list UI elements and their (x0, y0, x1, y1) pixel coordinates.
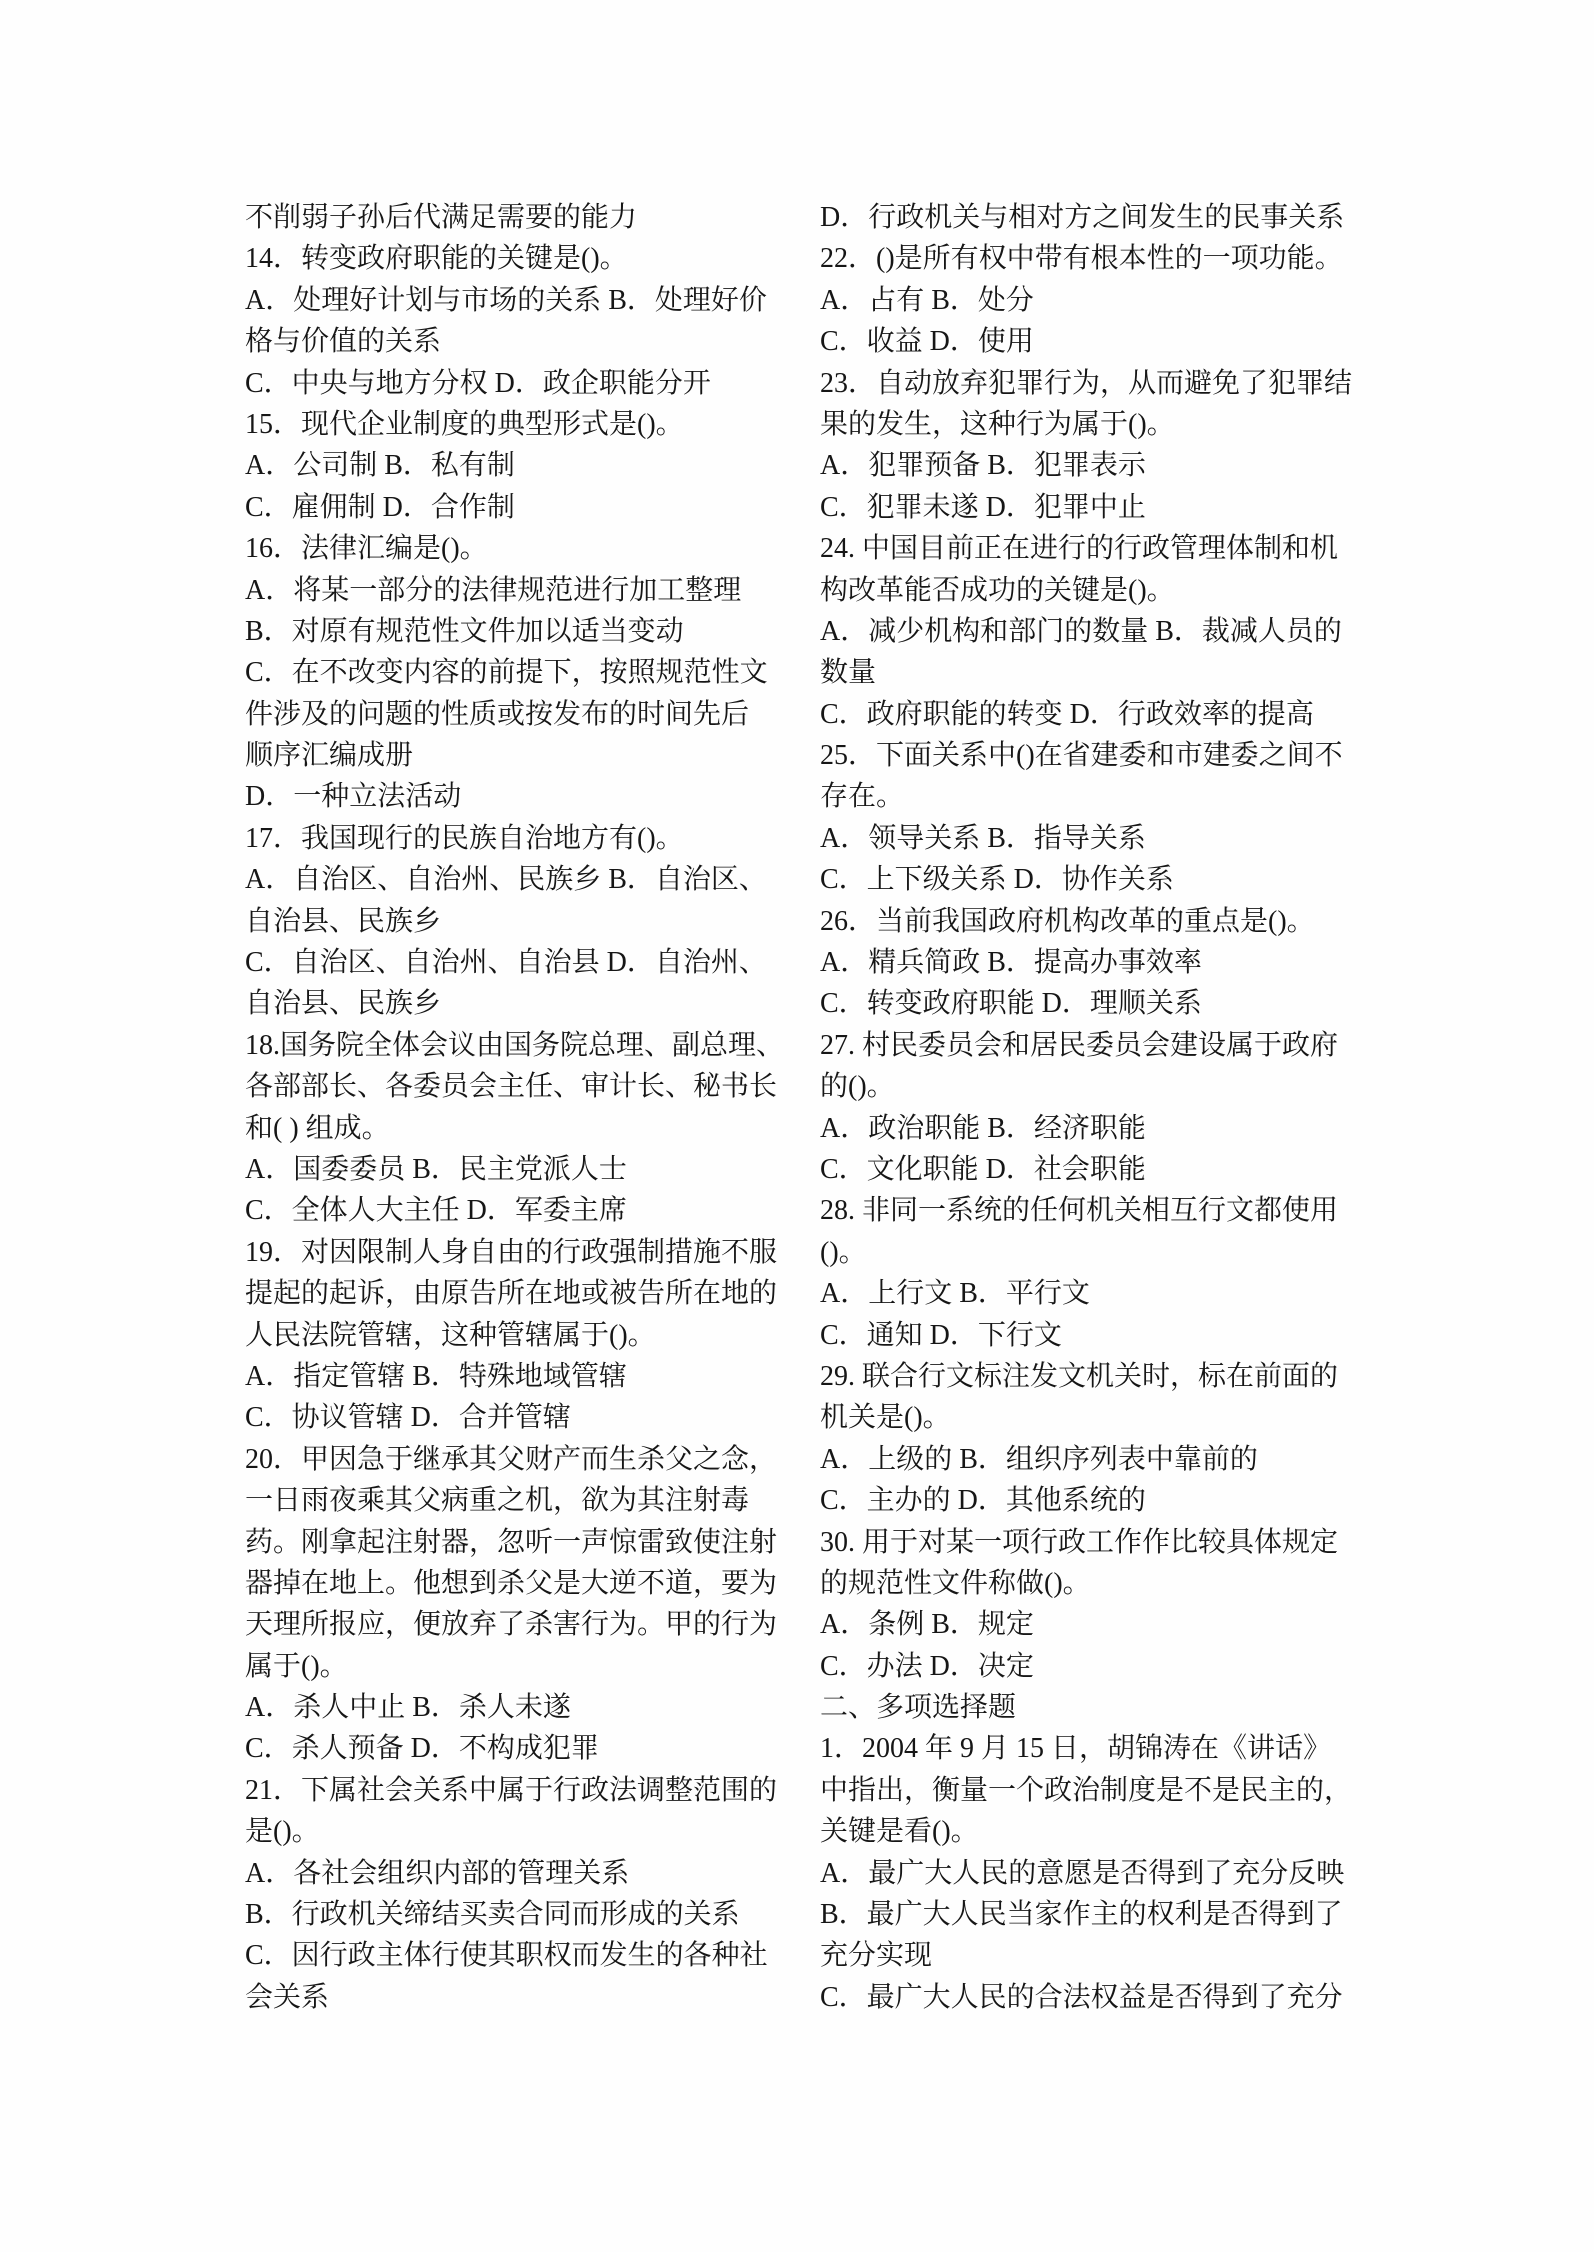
text-line: 17．我国现行的民族自治地方有()。 (245, 818, 767, 859)
scanned-page: 不削弱子孙后代满足需要的能力14．转变政府职能的关键是()。A．处理好计划与市场… (0, 0, 1594, 2252)
text-line: 存在。 (820, 776, 1355, 817)
text-line: 的()。 (820, 1066, 1355, 1107)
text-line: 顺序汇编成册 (245, 735, 767, 776)
text-line: A．政治职能 B．经济职能 (820, 1108, 1355, 1149)
text-line: C．主办的 D．其他系统的 (820, 1480, 1355, 1521)
text-line: 21．下属社会关系中属于行政法调整范围的 (245, 1770, 767, 1811)
text-line: 26．当前我国政府机构改革的重点是()。 (820, 901, 1355, 942)
text-line: A．处理好计划与市场的关系 B．处理好价 (245, 280, 767, 321)
text-line: 22．()是所有权中带有根本性的一项功能。 (820, 238, 1355, 279)
text-line: 不削弱子孙后代满足需要的能力 (245, 197, 767, 238)
text-line: 23．自动放弃犯罪行为，从而避免了犯罪结 (820, 363, 1355, 404)
text-line: B．最广大人民当家作主的权利是否得到了 (820, 1894, 1355, 1935)
text-line: 是()。 (245, 1811, 767, 1852)
text-line: A．条例 B．规定 (820, 1604, 1355, 1645)
text-line: 20．甲因急于继承其父财产而生杀父之念， (245, 1439, 767, 1480)
text-line: 24. 中国目前正在进行的行政管理体制和机 (820, 528, 1355, 569)
text-line: 14．转变政府职能的关键是()。 (245, 238, 767, 279)
text-line: D．行政机关与相对方之间发生的民事关系 (820, 197, 1355, 238)
text-line: A．领导关系 B．指导关系 (820, 818, 1355, 859)
text-line: C．杀人预备 D．不构成犯罪 (245, 1728, 767, 1769)
text-line: 构改革能否成功的关键是()。 (820, 570, 1355, 611)
text-line: C．最广大人民的合法权益是否得到了充分 (820, 1977, 1355, 2018)
text-line: 会关系 (245, 1977, 767, 2018)
text-line: A．将某一部分的法律规范进行加工整理 (245, 570, 767, 611)
text-line: D．一种立法活动 (245, 776, 767, 817)
text-line: C．文化职能 D．社会职能 (820, 1149, 1355, 1190)
text-line: A．各社会组织内部的管理关系 (245, 1853, 767, 1894)
text-line: 一日雨夜乘其父病重之机，欲为其注射毒 (245, 1480, 767, 1521)
text-line: 属于()。 (245, 1646, 767, 1687)
text-line: A．最广大人民的意愿是否得到了充分反映 (820, 1853, 1355, 1894)
text-line: 充分实现 (820, 1935, 1355, 1976)
text-line: 件涉及的问题的性质或按发布的时间先后 (245, 694, 767, 735)
text-line: A．精兵简政 B．提高办事效率 (820, 942, 1355, 983)
text-line: 27. 村民委员会和居民委员会建设属于政府 (820, 1025, 1355, 1066)
text-line: 25．下面关系中()在省建委和市建委之间不 (820, 735, 1355, 776)
text-line: B．行政机关缔结买卖合同而形成的关系 (245, 1894, 767, 1935)
text-line: C．全体人大主任 D．军委主席 (245, 1190, 767, 1231)
text-line: A．公司制 B．私有制 (245, 445, 767, 486)
text-line: C．犯罪未遂 D．犯罪中止 (820, 487, 1355, 528)
text-line: ()。 (820, 1232, 1355, 1273)
text-line: 1．2004 年 9 月 15 日，胡锦涛在《讲话》 (820, 1728, 1355, 1769)
text-line: C．上下级关系 D．协作关系 (820, 859, 1355, 900)
text-line: A．指定管辖 B．特殊地域管辖 (245, 1356, 767, 1397)
text-line: 格与价值的关系 (245, 321, 767, 362)
text-line: 天理所报应，便放弃了杀害行为。甲的行为 (245, 1604, 767, 1645)
text-line: 30. 用于对某一项行政工作作比较具体规定 (820, 1522, 1355, 1563)
text-line: 机关是()。 (820, 1397, 1355, 1438)
text-line: A．国委委员 B．民主党派人士 (245, 1149, 767, 1190)
text-line: 中指出，衡量一个政治制度是不是民主的， (820, 1770, 1355, 1811)
text-line: C．政府职能的转变 D．行政效率的提高 (820, 694, 1355, 735)
text-line: 19．对因限制人身自由的行政强制措施不服 (245, 1232, 767, 1273)
text-line: B．对原有规范性文件加以适当变动 (245, 611, 767, 652)
text-line: C．转变政府职能 D．理顺关系 (820, 983, 1355, 1024)
text-line: 数量 (820, 652, 1355, 693)
text-line: A．上级的 B．组织序列表中靠前的 (820, 1439, 1355, 1480)
text-line: 15．现代企业制度的典型形式是()。 (245, 404, 767, 445)
text-line: 自治县、民族乡 (245, 983, 767, 1024)
text-line: C．通知 D．下行文 (820, 1315, 1355, 1356)
text-line: A．犯罪预备 B．犯罪表示 (820, 445, 1355, 486)
text-line: C．中央与地方分权 D．政企职能分开 (245, 363, 767, 404)
text-line: C．因行政主体行使其职权而发生的各种社 (245, 1935, 767, 1976)
text-line: 和( ) 组成。 (245, 1108, 767, 1149)
text-line: 的规范性文件称做()。 (820, 1563, 1355, 1604)
text-line: 果的发生，这种行为属于()。 (820, 404, 1355, 445)
text-line: 人民法院管辖，这种管辖属于()。 (245, 1315, 767, 1356)
text-line: C．协议管辖 D．合并管辖 (245, 1397, 767, 1438)
text-line: C．收益 D．使用 (820, 321, 1355, 362)
right-column: D．行政机关与相对方之间发生的民事关系22．()是所有权中带有根本性的一项功能。… (820, 197, 1355, 2018)
text-line: 28. 非同一系统的任何机关相互行文都使用 (820, 1190, 1355, 1231)
text-line: A．杀人中止 B．杀人未遂 (245, 1687, 767, 1728)
text-line: C．自治区、自治州、自治县 D．自治州、 (245, 942, 767, 983)
text-line: 自治县、民族乡 (245, 901, 767, 942)
text-line: 16．法律汇编是()。 (245, 528, 767, 569)
text-line: 29. 联合行文标注发文机关时，标在前面的 (820, 1356, 1355, 1397)
text-line: C．办法 D．决定 (820, 1646, 1355, 1687)
text-line: 药。刚拿起注射器，忽听一声惊雷致使注射 (245, 1522, 767, 1563)
text-line: 关键是看()。 (820, 1811, 1355, 1852)
text-line: 各部部长、各委员会主任、审计长、秘书长 (245, 1066, 767, 1107)
text-line: 提起的起诉，由原告所在地或被告所在地的 (245, 1273, 767, 1314)
text-line: A．减少机构和部门的数量 B．裁减人员的 (820, 611, 1355, 652)
text-line: A．占有 B．处分 (820, 280, 1355, 321)
text-line: C．雇佣制 D．合作制 (245, 487, 767, 528)
left-column: 不削弱子孙后代满足需要的能力14．转变政府职能的关键是()。A．处理好计划与市场… (245, 197, 767, 2018)
text-line: C．在不改变内容的前提下，按照规范性文 (245, 652, 767, 693)
text-line: A．自治区、自治州、民族乡 B．自治区、 (245, 859, 767, 900)
text-line: 二、多项选择题 (820, 1687, 1355, 1728)
text-line: 器掉在地上。他想到杀父是大逆不道，要为 (245, 1563, 767, 1604)
text-line: 18.国务院全体会议由国务院总理、副总理、 (245, 1025, 767, 1066)
text-line: A．上行文 B．平行文 (820, 1273, 1355, 1314)
